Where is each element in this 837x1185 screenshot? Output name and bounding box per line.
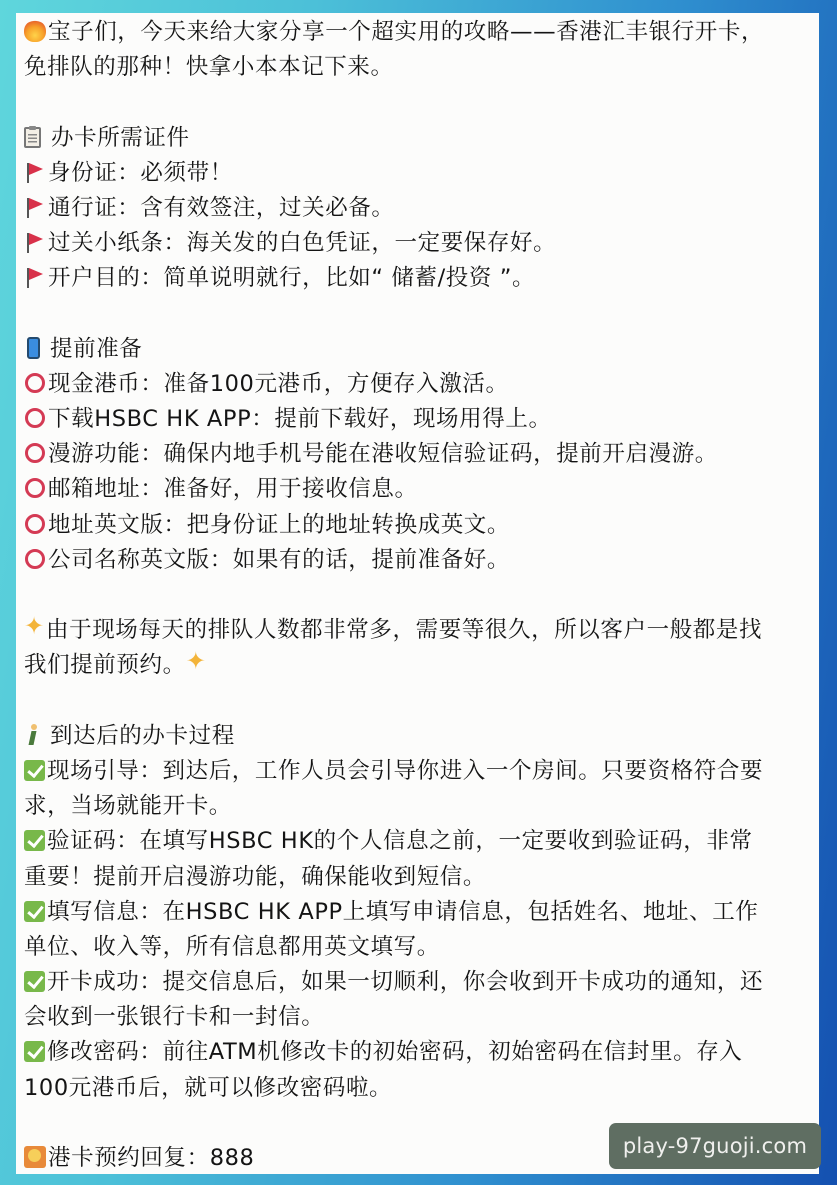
process-item-cont: 求，当场就能开卡。 xyxy=(24,789,819,824)
notice-line: 由于现场每天的排队人数都非常多，需要等很久，所以客户一般都是找 xyxy=(24,613,819,648)
documents-item: 开户目的：简单说明就行，比如“ 储蓄/投资 ”。 xyxy=(24,261,819,296)
process-item-cont: 重要！提前开启漫游功能，确保能收到短信。 xyxy=(24,860,819,895)
preparation-item: 公司名称英文版：如果有的话，提前准备好。 xyxy=(24,543,819,578)
red-circle-icon xyxy=(24,548,46,570)
check-mark-button-icon xyxy=(24,1041,45,1062)
item-text: 会收到一张银行卡和一封信。 xyxy=(24,1004,324,1030)
process-item: 填写信息：在HSBC HK APP上填写申请信息，包括姓名、地址、工作 xyxy=(24,895,819,930)
red-flag-icon xyxy=(24,161,46,183)
item-text: 现场引导：到达后，工作人员会引导你进入一个房间。只要资格符合要 xyxy=(47,758,763,784)
process-item: 现场引导：到达后，工作人员会引导你进入一个房间。只要资格符合要 xyxy=(24,754,819,789)
preparation-item: 地址英文版：把身份证上的地址转换成英文。 xyxy=(24,508,819,543)
process-heading: 到达后的办卡过程 xyxy=(24,719,819,754)
intro-text: 免排队的那种！快拿小本本记下来。 xyxy=(24,54,394,80)
item-text: 开卡成功：提交信息后，如果一切顺利，你会收到开卡成功的通知，还 xyxy=(47,969,763,995)
item-text: 单位、收入等，所有信息都用英文填写。 xyxy=(24,934,440,960)
check-mark-button-icon xyxy=(24,901,45,922)
cta-text: 港卡预约回复：888 xyxy=(48,1145,254,1171)
walking-person-icon xyxy=(26,724,40,746)
preparation-item: 下载HSBC HK APP：提前下载好，现场用得上。 xyxy=(24,402,819,437)
spacer xyxy=(24,85,819,120)
item-text: 重要！提前开启漫游功能，确保能收到短信。 xyxy=(24,864,486,890)
preparation-item: 邮箱地址：准备好，用于接收信息。 xyxy=(24,472,819,507)
process-item-cont: 会收到一张银行卡和一封信。 xyxy=(24,1000,819,1035)
preparation-item: 漫游功能：确保内地手机号能在港收短信验证码，提前开启漫游。 xyxy=(24,437,819,472)
item-text: 通行证：含有效签注，过关必备。 xyxy=(48,195,395,221)
check-mark-button-icon xyxy=(24,971,45,992)
process-item-cont: 单位、收入等，所有信息都用英文填写。 xyxy=(24,930,819,965)
item-text: 开户目的：简单说明就行，比如“ 储蓄/投资 ”。 xyxy=(48,265,535,291)
red-flag-icon xyxy=(24,231,46,253)
item-text: 求，当场就能开卡。 xyxy=(24,793,232,819)
watermark: play-97guoji.com xyxy=(609,1123,821,1169)
process-item: 修改密码：前往ATM机修改卡的初始密码，初始密码在信封里。存入 xyxy=(24,1035,819,1070)
section-title: 提前准备 xyxy=(50,336,142,362)
check-mark-button-icon xyxy=(24,830,45,851)
red-circle-icon xyxy=(24,442,46,464)
mobile-phone-icon xyxy=(27,337,40,359)
documents-item: 身份证：必须带！ xyxy=(24,156,819,191)
spacer xyxy=(24,684,819,719)
person-raising-hand-icon xyxy=(24,1146,46,1168)
notice-text: 我们提前预约。 xyxy=(24,652,186,678)
item-text: 100元港币后，就可以修改密码啦。 xyxy=(24,1075,392,1101)
item-text: 公司名称英文版：如果有的话，提前准备好。 xyxy=(48,547,510,573)
notice-text: 由于现场每天的排队人数都非常多，需要等很久，所以客户一般都是找 xyxy=(46,617,762,643)
red-circle-icon xyxy=(24,477,46,499)
item-text: 填写信息：在HSBC HK APP上填写申请信息，包括姓名、地址、工作 xyxy=(47,899,758,925)
item-text: 现金港币：准备100元港币，方便存入激活。 xyxy=(48,371,509,397)
notice-line: 我们提前预约。 xyxy=(24,648,819,683)
item-text: 地址英文版：把身份证上的地址转换成英文。 xyxy=(48,512,510,538)
item-text: 邮箱地址：准备好，用于接收信息。 xyxy=(48,476,418,502)
item-text: 漫游功能：确保内地手机号能在港收短信验证码，提前开启漫游。 xyxy=(48,441,718,467)
red-circle-icon xyxy=(24,372,46,394)
red-flag-icon xyxy=(24,196,46,218)
section-title: 到达后的办卡过程 xyxy=(50,723,235,749)
item-text: 身份证：必须带！ xyxy=(48,160,233,186)
intro-line: 免排队的那种！快拿小本本记下来。 xyxy=(24,50,819,85)
preparation-item: 现金港币：准备100元港币，方便存入激活。 xyxy=(24,367,819,402)
item-text: 验证码：在填写HSBC HK的个人信息之前，一定要收到验证码，非常 xyxy=(47,828,753,854)
process-item: 开卡成功：提交信息后，如果一切顺利，你会收到开卡成功的通知，还 xyxy=(24,965,819,1000)
post-card: 宝子们，今天来给大家分享一个超实用的攻略——香港汇丰银行开卡， 免排队的那种！快… xyxy=(16,13,819,1174)
item-text: 过关小纸条：海关发的白色凭证，一定要保存好。 xyxy=(48,230,556,256)
check-mark-button-icon xyxy=(24,760,45,781)
section-title: 办卡所需证件 xyxy=(51,125,190,151)
spacer xyxy=(24,578,819,613)
sparkles-icon xyxy=(24,620,44,640)
documents-heading: 办卡所需证件 xyxy=(24,121,819,156)
fire-icon xyxy=(24,20,46,42)
process-item: 验证码：在填写HSBC HK的个人信息之前，一定要收到验证码，非常 xyxy=(24,824,819,859)
preparation-heading: 提前准备 xyxy=(24,332,819,367)
red-circle-icon xyxy=(24,407,46,429)
intro-text: 宝子们，今天来给大家分享一个超实用的攻略——香港汇丰银行开卡， xyxy=(48,19,764,45)
documents-item: 过关小纸条：海关发的白色凭证，一定要保存好。 xyxy=(24,226,819,261)
red-flag-icon xyxy=(24,266,46,288)
red-circle-icon xyxy=(24,513,46,535)
intro-line: 宝子们，今天来给大家分享一个超实用的攻略——香港汇丰银行开卡， xyxy=(24,15,819,50)
item-text: 下载HSBC HK APP：提前下载好，现场用得上。 xyxy=(48,406,552,432)
process-item-cont: 100元港币后，就可以修改密码啦。 xyxy=(24,1071,819,1106)
sparkles-icon xyxy=(186,655,206,675)
clipboard-icon xyxy=(24,127,41,148)
item-text: 修改密码：前往ATM机修改卡的初始密码，初始密码在信封里。存入 xyxy=(47,1039,742,1065)
spacer xyxy=(24,297,819,332)
documents-item: 通行证：含有效签注，过关必备。 xyxy=(24,191,819,226)
